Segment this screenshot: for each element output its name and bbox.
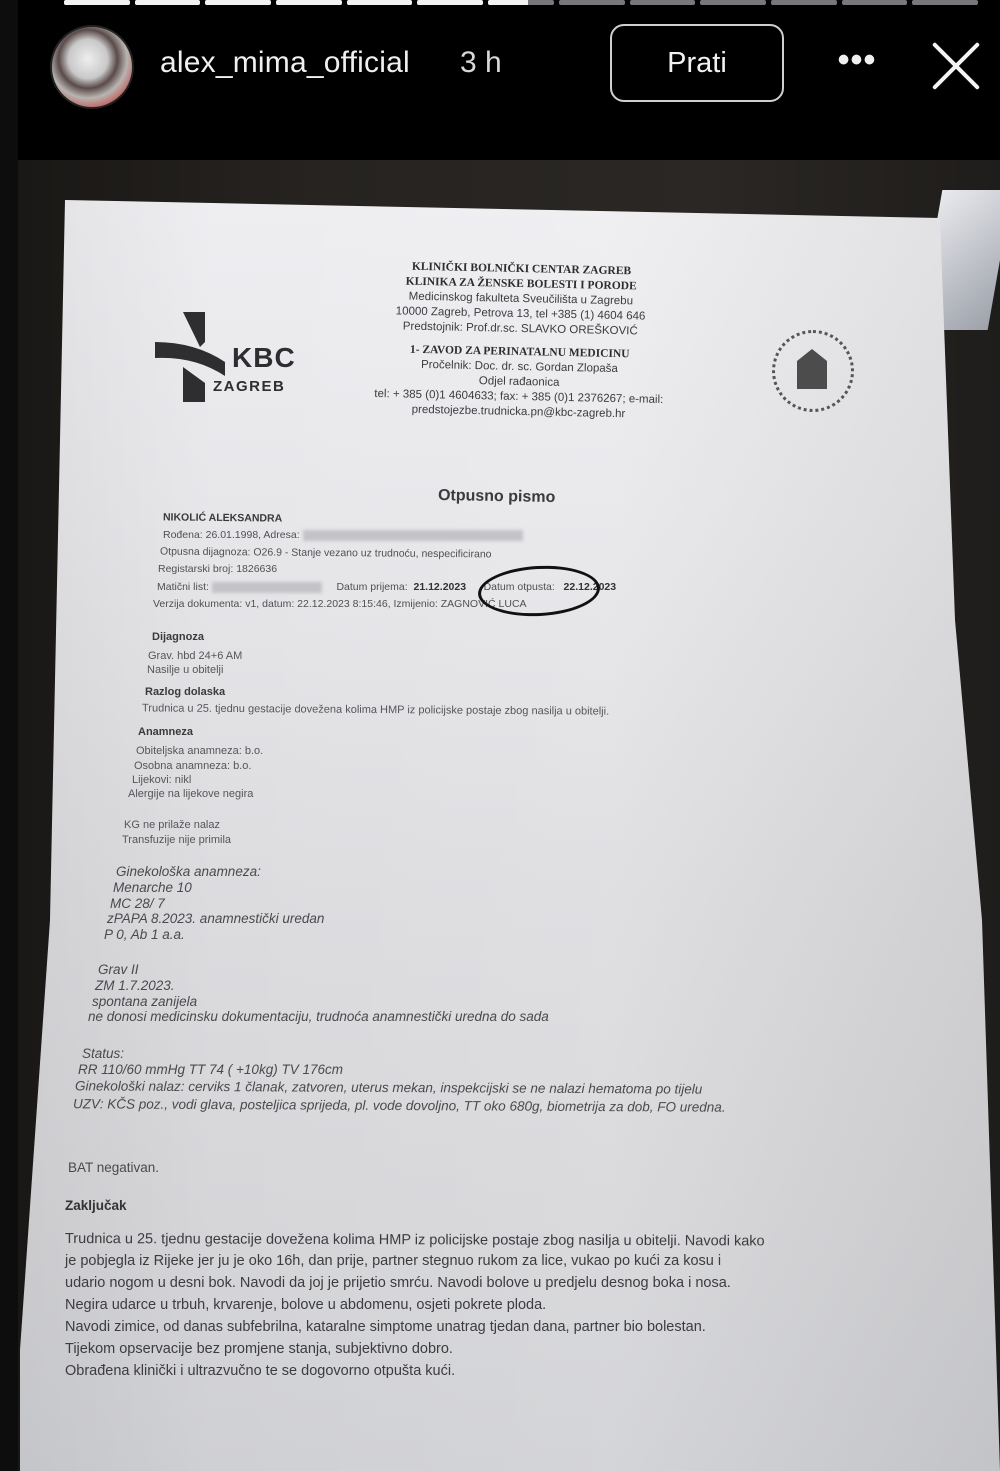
redacted-record-number [212,582,322,593]
status-line: RR 110/60 mmHg TT 74 ( +10kg) TV 176cm [78,1062,343,1077]
diagnosis-line: Nasilje u obitelji [147,664,223,676]
conclusion-line: Obrađena klinički i ultrazvučno te se do… [65,1360,765,1382]
grav-note: ne donosi medicinsku dokumentaciju, trud… [88,1009,549,1024]
admission-date: 21.12.2023 [414,581,467,593]
story-progress-segment [347,0,413,5]
clinic-seal-icon [772,330,854,412]
story-progress-segment [842,0,908,5]
patient-name: NIKOLIĆ ALEKSANDRA [163,511,282,524]
document-title: Otpusno pismo [438,487,556,507]
conclusion-line: je pobjegla iz Rijeke jer ju je oko 16h,… [65,1250,765,1272]
close-icon[interactable] [928,38,984,94]
story-progress-segment [700,0,766,5]
story-progress-segment [771,0,837,5]
kg-line: Transfuzije nije primila [122,834,231,846]
logo-zagreb-text: ZAGREB [213,378,285,395]
admission-label: Datum prijema: [336,581,407,593]
gyn-line: MC 28/ 7 [110,896,165,911]
story-progress-segment [276,0,342,5]
story-progress-segment [205,0,271,5]
story-progress-segment [912,0,978,5]
gyn-line: P 0, Ab 1 a.a. [104,927,185,942]
kg-line: KG ne prilaže nalaz [124,819,220,831]
grav-line: spontana zanijela [92,994,197,1009]
conclusion-line: udario nogom u desni bok. Navodi da joj … [65,1272,765,1294]
story-progress-segment [630,0,696,5]
more-options-icon[interactable]: ••• [832,40,882,80]
conclusion-line: Negira udarce u trbuh, krvarenje, bolove… [65,1294,765,1316]
conclusion-heading: Zaključak [65,1198,127,1213]
grav-line: Grav II [98,962,139,977]
user-avatar[interactable] [50,25,134,109]
anamnesis-line: Obiteljska anamneza: b.o. [136,745,263,757]
record-label: Matični list: [157,581,209,593]
left-edge [0,0,18,1471]
patient-birth: Rođena: 26.01.1998, Adresa: [163,529,523,541]
conclusion-line: Trudnica u 25. tjednu gestacije dovežena… [65,1228,765,1252]
bat-result: BAT negativan. [68,1160,159,1175]
registry-number: Registarski broj: 1826636 [158,563,277,575]
anamnesis-line: Lijekovi: nikl [132,774,191,786]
anamnesis-line: Alergije na lijekove negira [128,788,253,800]
diagnosis-line: Grav. hbd 24+6 AM [148,650,242,662]
conclusion-line: Tijekom opservacije bez promjene stanja,… [65,1338,765,1360]
story-progress-segment [64,0,130,5]
diagnosis-heading: Dijagnoza [152,631,204,643]
status-heading: Status: [82,1046,124,1061]
story-progress-segment [559,0,625,5]
anamnesis-line: Osobna anamneza: b.o. [134,760,251,772]
patient-birth-text: Rođena: 26.01.1998, Adresa: [163,529,300,541]
reason-heading: Razlog dolaska [145,686,225,698]
gyn-line: Menarche 10 [113,880,192,895]
document-letterhead: KLINIČKI BOLNIČKI CENTAR ZAGREB KLINIKA … [308,258,731,425]
story-progress-bar [64,0,978,6]
follow-button[interactable]: Prati [610,24,784,102]
conclusion-line: Navodi zimice, od danas subfebrilna, kat… [65,1316,765,1338]
conclusion-text: Trudnica u 25. tjednu gestacije dovežena… [65,1228,765,1382]
gyn-anamnesis-heading: Ginekološka anamneza: [116,864,261,879]
anamnesis-heading: Anamneza [138,726,193,738]
document-version: Verzija dokumenta: v1, datum: 22.12.2023… [153,598,527,610]
username[interactable]: alex_mima_official [160,46,410,80]
story-progress-segment [417,0,483,5]
logo-kbc-text: KBC [232,342,296,374]
gyn-line: zPAPA 8.2023. anamnestički uredan [107,911,324,926]
grav-line: ZM 1.7.2023. [95,978,175,993]
post-time: 3 h [460,46,502,80]
redacted-address [303,530,523,541]
story-progress-segment [488,0,554,5]
story-progress-segment [135,0,201,5]
